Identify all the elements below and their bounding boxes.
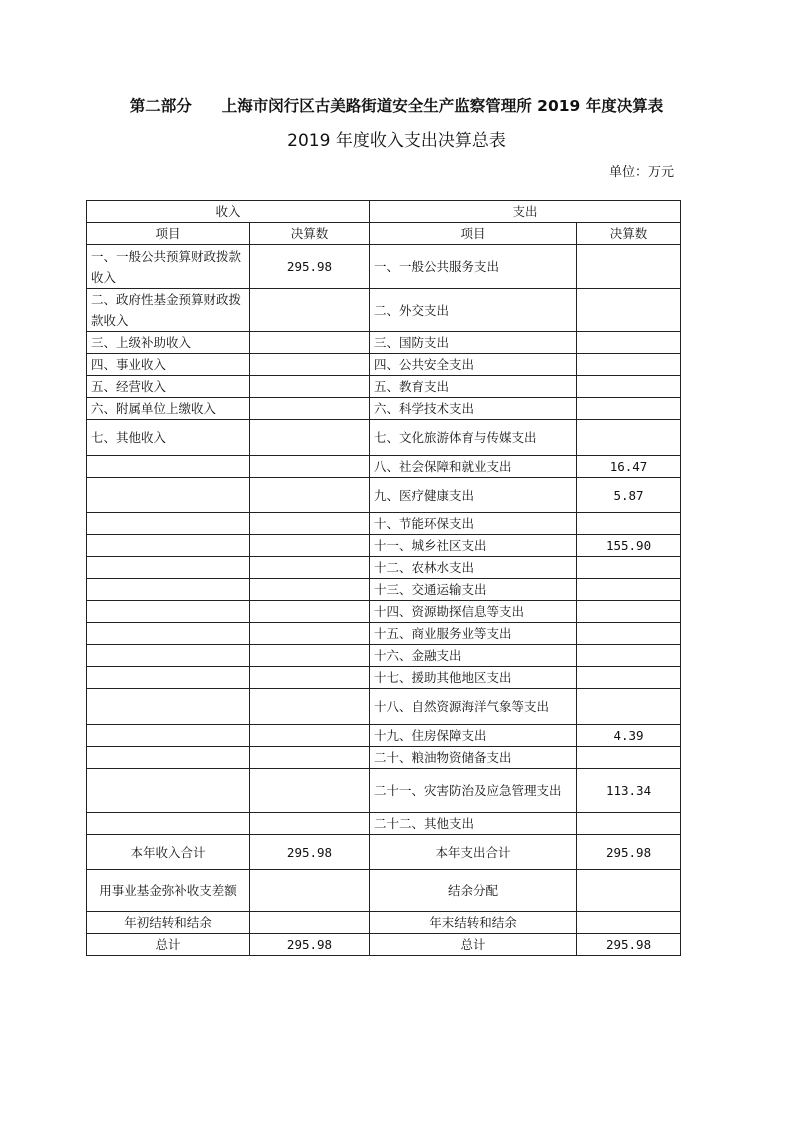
income-amount-cell — [250, 289, 370, 332]
table-row: 十三、交通运输支出 — [87, 579, 681, 601]
expense-amount-cell — [577, 623, 681, 645]
table-row: 二十二、其他支出 — [87, 813, 681, 835]
table-row: 九、医疗健康支出5.87 — [87, 478, 681, 513]
expense-item-cell: 十二、农林水支出 — [370, 557, 577, 579]
table-row: 六、附属单位上缴收入六、科学技术支出 — [87, 398, 681, 420]
income-item-cell — [87, 813, 250, 835]
income-item-cell — [87, 513, 250, 535]
expense-item-cell: 二十一、灾害防治及应急管理支出 — [370, 769, 577, 813]
income-item-cell — [87, 456, 250, 478]
expense-item-cell: 十七、援助其他地区支出 — [370, 667, 577, 689]
table-row: 三、上级补助收入三、国防支出 — [87, 332, 681, 354]
expense-item-cell: 十、节能环保支出 — [370, 513, 577, 535]
table-row: 二、政府性基金预算财政拨款收入二、外交支出 — [87, 289, 681, 332]
income-amount-cell — [250, 689, 370, 725]
income-amount-cell — [250, 513, 370, 535]
expense-item-cell: 十八、自然资源海洋气象等支出 — [370, 689, 577, 725]
income-item-cell: 四、事业收入 — [87, 354, 250, 376]
expense-item-cell: 三、国防支出 — [370, 332, 577, 354]
expense-item-cell: 十九、住房保障支出 — [370, 725, 577, 747]
income-item-cell: 六、附属单位上缴收入 — [87, 398, 250, 420]
income-amount-cell — [250, 354, 370, 376]
expense-item-cell: 二十、粮油物资储备支出 — [370, 747, 577, 769]
income-expense-table: 收入 支出 项目 决算数 项目 决算数 一、一般公共预算财政拨款收入295.98… — [86, 200, 681, 956]
expense-item-cell: 十四、资源勘探信息等支出 — [370, 601, 577, 623]
expense-amount-cell — [577, 689, 681, 725]
expense-amount-cell — [577, 332, 681, 354]
expense-amount-cell — [577, 579, 681, 601]
income-item-cell — [87, 667, 250, 689]
income-item-cell: 本年收入合计 — [87, 835, 250, 870]
table-row: 七、其他收入七、文化旅游体育与传媒支出 — [87, 420, 681, 456]
income-amount-cell — [250, 456, 370, 478]
income-item-cell: 三、上级补助收入 — [87, 332, 250, 354]
table-row: 五、经营收入五、教育支出 — [87, 376, 681, 398]
expense-section-header: 支出 — [370, 201, 681, 223]
table-title: 2019 年度收入支出决算总表 — [0, 126, 793, 151]
expense-amount-cell — [577, 513, 681, 535]
unit-label: 单位：万元 — [609, 161, 674, 180]
table-row: 四、事业收入四、公共安全支出 — [87, 354, 681, 376]
expense-item-cell: 十三、交通运输支出 — [370, 579, 577, 601]
expense-amount-cell: 155.90 — [577, 535, 681, 557]
expense-item-header: 项目 — [370, 223, 577, 245]
income-amount-cell — [250, 601, 370, 623]
income-item-cell — [87, 645, 250, 667]
summary-row: 总计295.98总计295.98 — [87, 934, 681, 956]
expense-amount-cell: 295.98 — [577, 934, 681, 956]
summary-row: 本年收入合计295.98本年支出合计295.98 — [87, 835, 681, 870]
income-amount-cell — [250, 725, 370, 747]
income-amount-cell — [250, 870, 370, 912]
section-header-row: 收入 支出 — [87, 201, 681, 223]
income-item-cell — [87, 725, 250, 747]
expense-amount-cell — [577, 870, 681, 912]
income-item-cell — [87, 557, 250, 579]
expense-amount-cell — [577, 667, 681, 689]
expense-amount-header: 决算数 — [577, 223, 681, 245]
income-amount-cell — [250, 579, 370, 601]
expense-item-cell: 结余分配 — [370, 870, 577, 912]
table-row: 十二、农林水支出 — [87, 557, 681, 579]
expense-item-cell: 九、医疗健康支出 — [370, 478, 577, 513]
income-item-cell — [87, 623, 250, 645]
expense-item-cell: 本年支出合计 — [370, 835, 577, 870]
expense-amount-cell — [577, 813, 681, 835]
income-amount-cell — [250, 645, 370, 667]
expense-item-cell: 七、文化旅游体育与传媒支出 — [370, 420, 577, 456]
part-label: 第二部分 — [130, 97, 192, 115]
expense-amount-cell — [577, 557, 681, 579]
income-amount-cell: 295.98 — [250, 245, 370, 289]
income-amount-header: 决算数 — [250, 223, 370, 245]
income-item-header: 项目 — [87, 223, 250, 245]
expense-amount-cell: 295.98 — [577, 835, 681, 870]
income-amount-cell — [250, 420, 370, 456]
income-item-cell: 七、其他收入 — [87, 420, 250, 456]
expense-item-cell: 八、社会保障和就业支出 — [370, 456, 577, 478]
income-amount-cell — [250, 769, 370, 813]
expense-amount-cell — [577, 420, 681, 456]
expense-item-cell: 年末结转和结余 — [370, 912, 577, 934]
income-amount-cell — [250, 557, 370, 579]
column-header-row: 项目 决算数 项目 决算数 — [87, 223, 681, 245]
expense-amount-cell — [577, 747, 681, 769]
expense-item-cell: 五、教育支出 — [370, 376, 577, 398]
income-section-header: 收入 — [87, 201, 370, 223]
expense-item-cell: 二十二、其他支出 — [370, 813, 577, 835]
expense-amount-cell — [577, 912, 681, 934]
expense-amount-cell: 5.87 — [577, 478, 681, 513]
expense-amount-cell — [577, 354, 681, 376]
expense-amount-cell: 16.47 — [577, 456, 681, 478]
income-item-cell: 用事业基金弥补收支差额 — [87, 870, 250, 912]
expense-item-cell: 四、公共安全支出 — [370, 354, 577, 376]
table-row: 十、节能环保支出 — [87, 513, 681, 535]
summary-row: 年初结转和结余年末结转和结余 — [87, 912, 681, 934]
expense-amount-cell — [577, 398, 681, 420]
table-row: 十五、商业服务业等支出 — [87, 623, 681, 645]
income-amount-cell — [250, 912, 370, 934]
income-amount-cell — [250, 747, 370, 769]
expense-amount-cell — [577, 645, 681, 667]
expense-item-cell: 二、外交支出 — [370, 289, 577, 332]
income-item-cell — [87, 478, 250, 513]
income-item-cell — [87, 535, 250, 557]
income-item-cell: 年初结转和结余 — [87, 912, 250, 934]
income-item-cell: 一、一般公共预算财政拨款收入 — [87, 245, 250, 289]
table-row: 十七、援助其他地区支出 — [87, 667, 681, 689]
table-row: 二十一、灾害防治及应急管理支出113.34 — [87, 769, 681, 813]
expense-item-cell: 总计 — [370, 934, 577, 956]
expense-amount-cell — [577, 601, 681, 623]
document-title: 第二部分上海市闵行区古美路街道安全生产监察管理所 2019 年度决算表 — [0, 94, 793, 116]
expense-item-cell: 六、科学技术支出 — [370, 398, 577, 420]
table-row: 十九、住房保障支出4.39 — [87, 725, 681, 747]
income-amount-cell: 295.98 — [250, 934, 370, 956]
expense-item-cell: 十五、商业服务业等支出 — [370, 623, 577, 645]
income-item-cell: 总计 — [87, 934, 250, 956]
income-item-cell: 五、经营收入 — [87, 376, 250, 398]
income-amount-cell — [250, 398, 370, 420]
table-row: 一、一般公共预算财政拨款收入295.98一、一般公共服务支出 — [87, 245, 681, 289]
income-amount-cell — [250, 813, 370, 835]
income-amount-cell — [250, 667, 370, 689]
table-row: 八、社会保障和就业支出16.47 — [87, 456, 681, 478]
income-amount-cell — [250, 535, 370, 557]
income-item-cell — [87, 769, 250, 813]
expense-amount-cell — [577, 289, 681, 332]
income-amount-cell — [250, 623, 370, 645]
income-amount-cell — [250, 376, 370, 398]
table-row: 十一、城乡社区支出155.90 — [87, 535, 681, 557]
expense-item-cell: 十一、城乡社区支出 — [370, 535, 577, 557]
income-item-cell — [87, 579, 250, 601]
summary-row: 用事业基金弥补收支差额结余分配 — [87, 870, 681, 912]
income-item-cell: 二、政府性基金预算财政拨款收入 — [87, 289, 250, 332]
income-item-cell — [87, 601, 250, 623]
income-item-cell — [87, 747, 250, 769]
expense-amount-cell: 4.39 — [577, 725, 681, 747]
table-row: 二十、粮油物资储备支出 — [87, 747, 681, 769]
income-amount-cell — [250, 478, 370, 513]
income-amount-cell — [250, 332, 370, 354]
expense-item-cell: 十六、金融支出 — [370, 645, 577, 667]
report-title: 上海市闵行区古美路街道安全生产监察管理所 2019 年度决算表 — [222, 97, 663, 115]
table-row: 十六、金融支出 — [87, 645, 681, 667]
income-item-cell — [87, 689, 250, 725]
expense-amount-cell: 113.34 — [577, 769, 681, 813]
expense-amount-cell — [577, 245, 681, 289]
income-amount-cell: 295.98 — [250, 835, 370, 870]
table-row: 十四、资源勘探信息等支出 — [87, 601, 681, 623]
expense-amount-cell — [577, 376, 681, 398]
table-row: 十八、自然资源海洋气象等支出 — [87, 689, 681, 725]
expense-item-cell: 一、一般公共服务支出 — [370, 245, 577, 289]
